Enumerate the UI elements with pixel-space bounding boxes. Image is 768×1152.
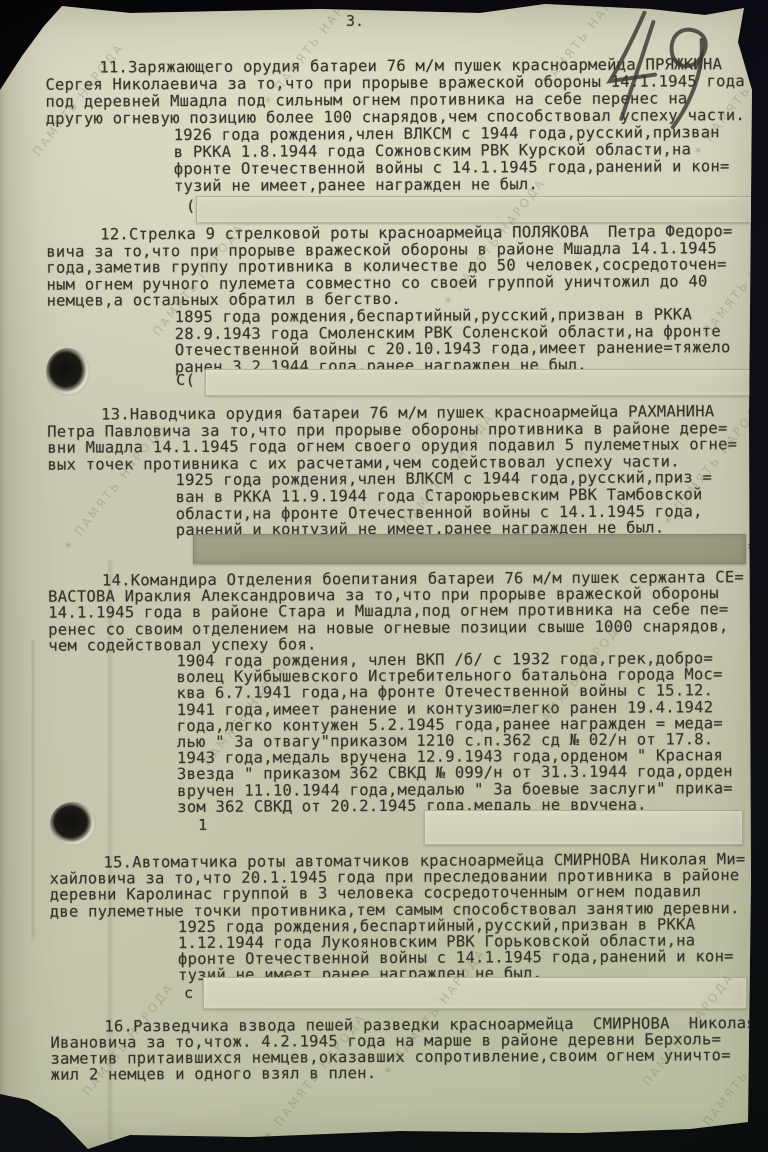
document-line: в РККА 1.8.1944 года Сожновским РВК Курс… bbox=[174, 140, 692, 161]
memory-of-the-people-watermark: ✶ ПАМЯТЬ НАРОДА bbox=[380, 945, 488, 1078]
redaction-patch bbox=[424, 810, 743, 845]
punch-hole bbox=[46, 348, 90, 396]
memory-of-the-people-watermark: ✶ ПАМЯТЬ НАРОДА bbox=[260, 1010, 368, 1143]
document-line: года,легко контужен 5.2.1945 года,ранее … bbox=[177, 714, 723, 735]
memory-of-the-people-watermark: ПАМЯТЬ НАРОДА bbox=[400, 410, 497, 528]
document-line: 11.Заряжающего орудия батареи 76 м/м пуш… bbox=[99, 55, 722, 76]
redaction-patches: (С(в=1с bbox=[0, 0, 768, 1152]
document-line: 12.Стрелка 9 стрелковой роты красноармей… bbox=[100, 222, 732, 243]
punch-hole bbox=[50, 802, 96, 846]
document-line: С( bbox=[176, 371, 195, 389]
document-line: чем содействовал успеху боя. bbox=[48, 635, 316, 654]
memory-of-the-people-watermark: ПАМЯТЬ НАРОДА bbox=[30, 40, 127, 158]
document-line: фронте Отечественной войны с 14.1.1945 г… bbox=[178, 947, 734, 968]
redaction-patch bbox=[205, 369, 759, 396]
memory-of-the-people-watermark: ✶ ПАМЯТЬ НАРОДА bbox=[660, 395, 768, 528]
document-line: 15.Автоматчика роты автоматчиков красноа… bbox=[103, 850, 745, 871]
document-line: немцев,а остальных обратил в бегство. bbox=[47, 290, 402, 310]
memory-of-the-people-watermark: ПАМЯТЬ НАРОДА bbox=[540, 0, 637, 89]
document-line: вни Мшадла 14.1.1945 года огнем своего о… bbox=[47, 435, 737, 457]
watermark-layer: ПАМЯТЬ НАРОДА✶ ПАМЯТЬ НАРОДАПАМЯТЬ НАРОД… bbox=[0, 0, 768, 1152]
document-line: волец Куйбышевского Истребительного бата… bbox=[176, 665, 722, 686]
document-line: хайловича за то,что 20.1.1945 года при п… bbox=[50, 866, 740, 888]
document-line: ван в РККА 11.9.1944 года Староюрьевским… bbox=[176, 485, 703, 506]
document-line: 1 bbox=[198, 816, 208, 834]
paper-crease bbox=[106, 560, 114, 1140]
document-line: с bbox=[184, 984, 194, 1002]
document-line: Отечественной войны с 20.10.1943 года,им… bbox=[175, 338, 731, 359]
memory-of-the-people-watermark: ПАМЯТЬ НАРОДА bbox=[200, 650, 297, 768]
document-line: тузий не имеет,ранее награжден не был. bbox=[174, 175, 538, 195]
document-line: 1943 года,медаль вручена 12.9.1943 года,… bbox=[177, 746, 723, 767]
document-line: деревни Каролинас группой в 3 человека с… bbox=[50, 883, 702, 904]
document-line: ВАСТОВА Ираклия Александровича за то,что… bbox=[48, 584, 719, 606]
memory-of-the-people-watermark: ✶ ПАМЯТЬ НАРОДА bbox=[60, 420, 168, 553]
document-line: в bbox=[748, 374, 758, 392]
document-line: 13.Наводчика орудия батареи 76 м/м пушек… bbox=[101, 402, 714, 423]
document-line: другую огневую позицию более 100 снарядо… bbox=[46, 106, 746, 128]
document-line: 1925 года рождения,член ВЛКСМ с 1944 год… bbox=[175, 469, 712, 490]
document-line: лью " За отвагу"приказом 1210 с.п.362 сд… bbox=[177, 730, 714, 751]
memory-of-the-people-watermark: ✶ ПАМЯТЬ НАРОДА bbox=[690, 25, 768, 158]
document-line: 1925 года рождения,беспартийный,русский,… bbox=[178, 915, 696, 936]
document-line: 16.Разведчика взвода пешей разведки крас… bbox=[104, 1014, 756, 1035]
paper-crease bbox=[30, 640, 36, 940]
document-line: 1895 года рождения,беспартийный,русский,… bbox=[175, 305, 693, 326]
document-line: 14.1.1945 года в районе Стара и Мшадла,п… bbox=[48, 601, 728, 623]
redaction-patch bbox=[203, 977, 747, 1009]
document-line: заметив притаившихся немцев,оказавших со… bbox=[50, 1046, 730, 1068]
document-line: ранений и контузий не имеет,ранее награж… bbox=[176, 519, 665, 540]
memory-of-the-people-watermark: ПАМЯТЬ НАРОДА bbox=[640, 970, 737, 1088]
document-line: жил 2 немцев и одного взял в плен. bbox=[51, 1064, 377, 1084]
document-line: вича за то,что при прорыве вражеской обо… bbox=[46, 239, 717, 261]
document-line: Петра Павловича за то,что при прорыве об… bbox=[47, 419, 727, 441]
document-line: ( bbox=[186, 197, 196, 215]
document-line: области,на фронте Отечественной войны с … bbox=[176, 502, 703, 523]
scan-background: 3. 11.Заряжающего орудия батареи 76 м/м … bbox=[0, 0, 768, 1152]
document-line: ква 6.7.1941 года,на фронте Отечественно… bbox=[177, 682, 714, 703]
document-line: Сергея Николаевича за то,что при прорыве… bbox=[45, 72, 745, 94]
memory-of-the-people-watermark: ✶ ПАМЯТЬ НАРОДА bbox=[440, 175, 548, 308]
memory-of-the-people-watermark: ПАМЯТЬ НАРОДА bbox=[150, 220, 247, 338]
document-line: под деревней Мшадла под сильным огнем пр… bbox=[45, 89, 687, 110]
document-line: Ивановича за то,чтож. 4.2.1945 года на м… bbox=[50, 1030, 721, 1052]
document-line: = bbox=[748, 537, 758, 555]
handwritten-mark bbox=[592, 2, 742, 132]
document-body: 11.Заряжающего орудия батареи 76 м/м пуш… bbox=[0, 0, 768, 1152]
document-line: года,заметив группу противника в количес… bbox=[46, 255, 726, 277]
document-line: зом 362 СВКД от 20.2.1945 года,медаль не… bbox=[177, 795, 647, 815]
document-line: тузий не имеет,ранее награжден не был. bbox=[178, 965, 542, 985]
document-line: 14.Командира Отделения боепитания батаре… bbox=[102, 568, 744, 589]
memory-of-the-people-watermark: ПАМЯТЬ НАРОДА bbox=[700, 1010, 768, 1128]
page-number: 3. bbox=[346, 12, 364, 30]
redaction-patch bbox=[193, 534, 746, 564]
document-page: 3. 11.Заряжающего орудия батареи 76 м/м … bbox=[0, 0, 768, 1152]
document-line: 1.12.1944 года Лукояновским РВК Горьковс… bbox=[178, 931, 696, 952]
memory-of-the-people-watermark: ✶ ПАМЯТЬ НАРОДА bbox=[520, 615, 628, 748]
document-line: две пулеметные точки противника,тем самы… bbox=[50, 899, 740, 921]
document-line: 1904 года рождения, член ВКП /б/ с 1932 … bbox=[176, 649, 713, 670]
document-line: 28.9.1943 года Смоленским РВК Соленской … bbox=[175, 322, 721, 343]
document-line: вых точек противника с их расчетами,чем … bbox=[47, 452, 679, 473]
redaction-patch bbox=[196, 196, 757, 223]
document-line: ранен 3.2.1944 года,ранее награжден не б… bbox=[175, 356, 587, 376]
document-line: ным огнем ручного пулемета совместно со … bbox=[46, 272, 707, 293]
document-line: Звезда " приказом 362 СВКД № 099/н от 31… bbox=[177, 763, 733, 784]
document-line: 1941 года,имеет ранение и контузию=легко… bbox=[177, 698, 714, 719]
memory-of-the-people-watermark: ПАМЯТЬ НАРОДА bbox=[700, 220, 768, 338]
document-line: вручен 11.10.1944 года,медалью " За боев… bbox=[177, 779, 733, 800]
memory-of-the-people-watermark: ✶ ПАМЯТЬ НАРОДА bbox=[260, 0, 368, 109]
document-line: ренес со своим отделением на новые огнев… bbox=[48, 617, 728, 639]
memory-of-the-people-watermark: ПАМЯТЬ НАРОДА bbox=[80, 980, 177, 1098]
document-line: 1926 года рождения,член ВЛКСМ с 1944 год… bbox=[174, 123, 720, 144]
document-line: фронте Отечественной войны с 14.1.1945 г… bbox=[174, 157, 730, 178]
